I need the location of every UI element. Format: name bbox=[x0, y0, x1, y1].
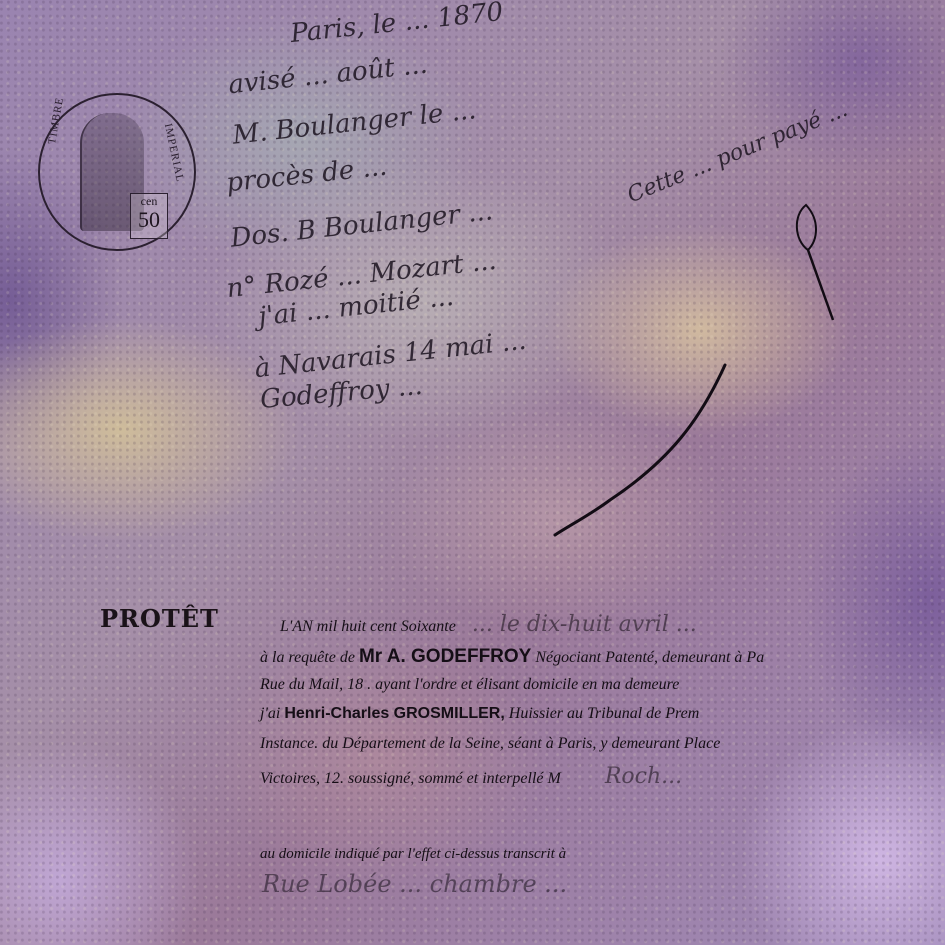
handwriting-bottom: Rue Lobée ... chambre ... bbox=[262, 870, 567, 898]
inline-handwriting: Roch... bbox=[605, 764, 682, 789]
print-line: Instance. du Département de la Seine, sé… bbox=[260, 735, 720, 753]
print-text: Victoires, 12. soussigné, sommé et inter… bbox=[260, 770, 561, 787]
bailiff-name: Henri-Charles GROSMILLER, bbox=[284, 705, 504, 722]
document-heading: PROTÊT bbox=[100, 604, 219, 633]
print-line: au domicile indiqué par l'effet ci-dessu… bbox=[260, 846, 566, 863]
print-line: Victoires, 12. soussigné, sommé et inter… bbox=[260, 764, 682, 789]
print-text: Huissier au Tribunal de Prem bbox=[509, 705, 700, 722]
print-line: L'AN mil huit cent Soixante ... le dix-h… bbox=[280, 612, 697, 637]
print-text: à la requête de bbox=[260, 649, 355, 666]
creditor-name: Mr A. GODEFFROY bbox=[359, 646, 531, 667]
print-text: Négociant Patenté, demeurant à Pa bbox=[535, 649, 764, 666]
stamp-denomination: cen 50 bbox=[130, 193, 168, 239]
imperial-stamp: TIMBRE IMPERIAL cen 50 bbox=[38, 93, 196, 251]
print-text: j'ai bbox=[260, 705, 280, 722]
stamp-ring-right: IMPERIAL bbox=[162, 122, 186, 183]
print-line: j'ai Henri-Charles GROSMILLER, Huissier … bbox=[260, 705, 699, 723]
quill-feather-icon bbox=[788, 195, 838, 325]
print-line: à la requête de Mr A. GODEFFROY Négocian… bbox=[260, 646, 764, 668]
inline-handwriting: ... le dix-huit avril ... bbox=[472, 612, 697, 637]
print-text: L'AN mil huit cent Soixante bbox=[280, 618, 456, 635]
print-line: Rue du Mail, 18 . ayant l'ordre et élisa… bbox=[260, 676, 679, 694]
ink-flourish-icon bbox=[550, 360, 740, 540]
